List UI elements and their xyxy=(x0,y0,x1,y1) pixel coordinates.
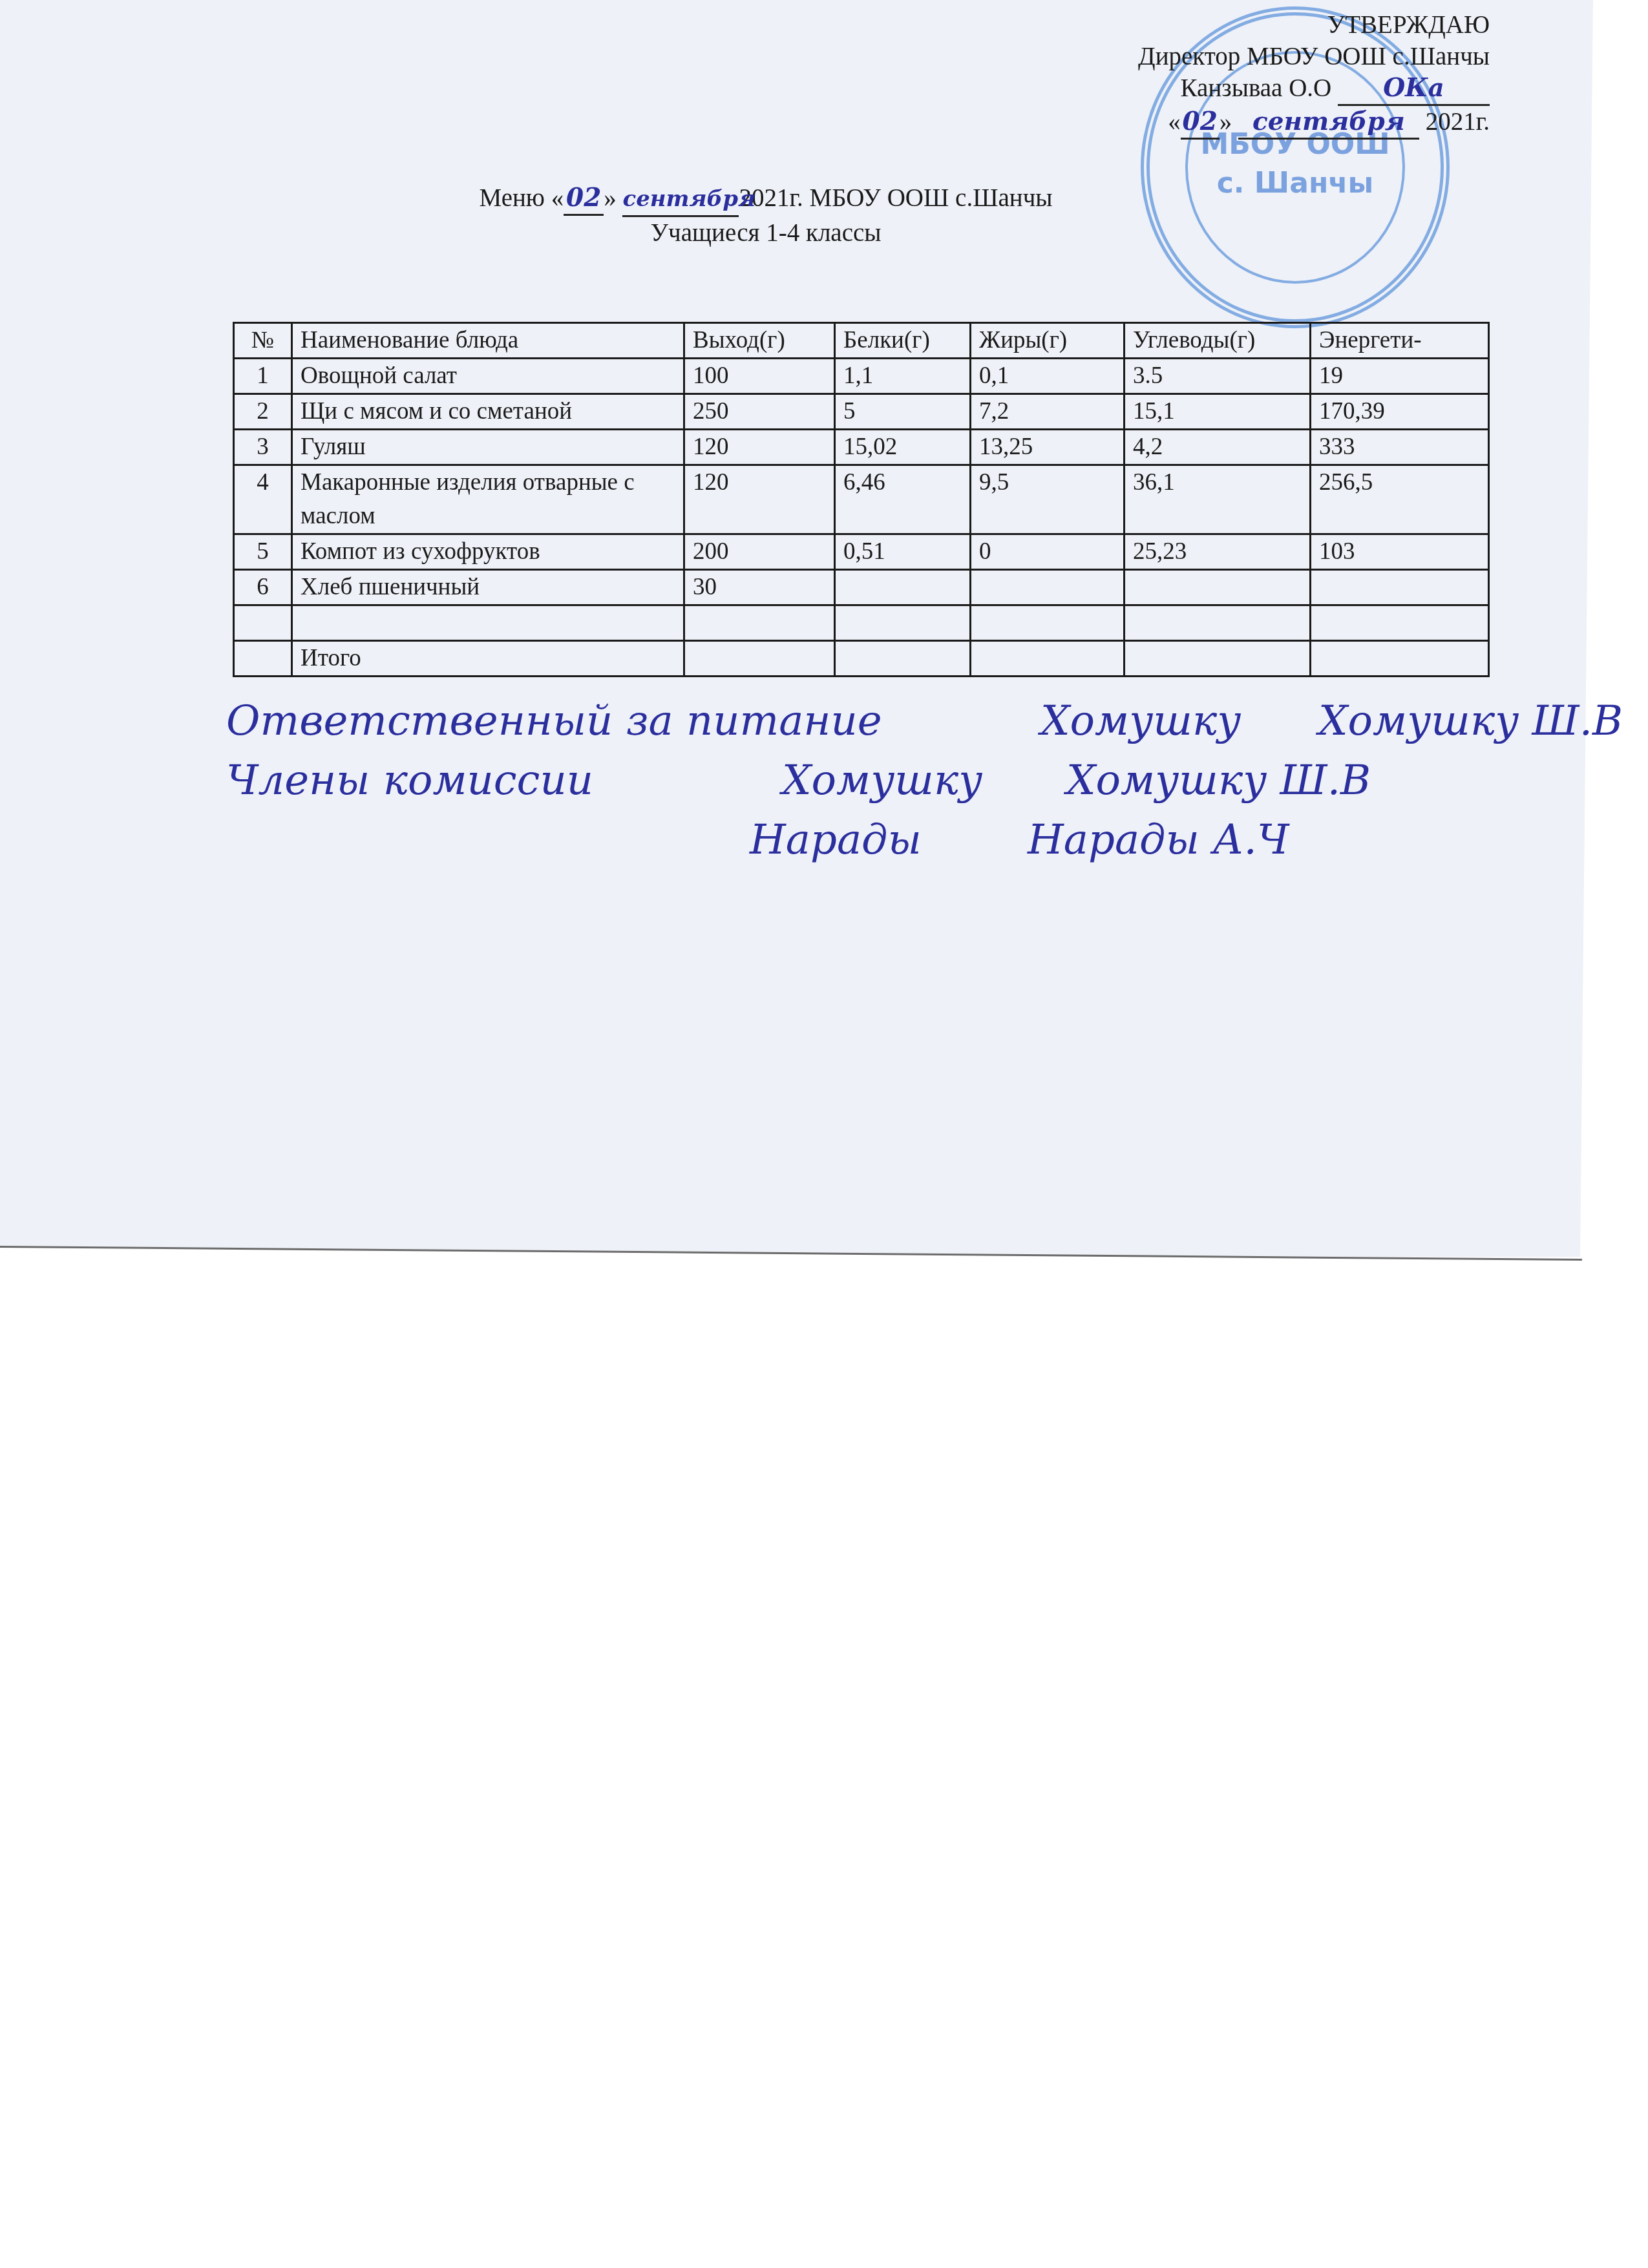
table-cell xyxy=(1125,605,1311,641)
table-cell: 0,1 xyxy=(971,359,1125,394)
document-title: Меню «02» сентября2021г. МБОУ ООШ с.Шанч… xyxy=(0,182,1648,249)
title-mid: » xyxy=(604,184,617,212)
director-signature: ОКа xyxy=(1338,72,1490,106)
commission-name-1: Хомушку Ш.В xyxy=(1066,751,1371,810)
table-row xyxy=(234,605,1489,641)
table-cell xyxy=(1125,641,1311,677)
approval-position: Директор МБОУ ООШ с.Шанчы xyxy=(1138,41,1490,72)
table-cell: 36,1 xyxy=(1125,465,1311,534)
table-cell: 4 xyxy=(234,465,292,534)
approval-date-month: сентября xyxy=(1238,106,1419,140)
table-cell xyxy=(971,641,1125,677)
table-cell xyxy=(684,641,835,677)
table-cell xyxy=(835,641,971,677)
table-header-cell: Углеводы(г) xyxy=(1125,323,1311,359)
approval-date-day: 02 xyxy=(1181,106,1220,140)
approval-name-line: Канзываа О.О ОКа xyxy=(1138,72,1490,106)
table-cell: 1,1 xyxy=(835,359,971,394)
table-cell: 103 xyxy=(1311,534,1489,570)
table-header-cell: Наименование блюда xyxy=(292,323,684,359)
commission-label: Члены комиссии xyxy=(226,751,593,810)
table-cell: 25,23 xyxy=(1125,534,1311,570)
table-row: 4Макаронные изделия отварные с маслом120… xyxy=(234,465,1489,534)
table-cell: Хлеб пшеничный xyxy=(292,570,684,605)
responsible-name: Хомушку Ш.В xyxy=(1318,691,1623,751)
signatures-block: Ответственный за питание Хомушку Хомушку… xyxy=(226,691,1583,870)
responsible-signature: Хомушку xyxy=(1041,691,1241,751)
table-cell: 3 xyxy=(234,430,292,465)
table-cell xyxy=(971,570,1125,605)
table-cell xyxy=(971,605,1125,641)
table-row: Итого xyxy=(234,641,1489,677)
approval-heading: УТВЕРЖДАЮ xyxy=(1138,9,1490,41)
title-prefix: Меню « xyxy=(479,184,564,212)
table-cell: 100 xyxy=(684,359,835,394)
table-cell xyxy=(835,570,971,605)
table-cell: 120 xyxy=(684,465,835,534)
table-cell: 333 xyxy=(1311,430,1489,465)
table-cell: 5 xyxy=(234,534,292,570)
table-cell xyxy=(234,641,292,677)
table-row: 5Компот из сухофруктов2000,51025,23103 xyxy=(234,534,1489,570)
table-cell: 6,46 xyxy=(835,465,971,534)
approval-name: Канзываа О.О xyxy=(1181,74,1332,102)
table-cell: Итого xyxy=(292,641,684,677)
approval-block: УТВЕРЖДАЮ Директор МБОУ ООШ с.Шанчы Канз… xyxy=(1138,9,1490,140)
quote-open: « xyxy=(1168,108,1181,136)
title-day: 02 xyxy=(564,182,604,216)
table-cell xyxy=(1125,570,1311,605)
table-cell xyxy=(1311,641,1489,677)
table-cell: 19 xyxy=(1311,359,1489,394)
table-cell: 2 xyxy=(234,394,292,430)
table-cell xyxy=(1311,570,1489,605)
table-cell: 3.5 xyxy=(1125,359,1311,394)
table-cell xyxy=(1311,605,1489,641)
table-cell: 30 xyxy=(684,570,835,605)
table-cell: 120 xyxy=(684,430,835,465)
commission-line: Члены комиссии Хомушку Хомушку Ш.В xyxy=(226,751,1583,810)
title-month: сентября xyxy=(622,184,739,217)
table-cell xyxy=(835,605,971,641)
table-cell: 15,1 xyxy=(1125,394,1311,430)
table-header-cell: № xyxy=(234,323,292,359)
table-cell: 1 xyxy=(234,359,292,394)
table-cell xyxy=(234,605,292,641)
table-cell xyxy=(292,605,684,641)
table-cell: Макаронные изделия отварные с маслом xyxy=(292,465,684,534)
approval-date-year: 2021г. xyxy=(1426,108,1490,136)
table-cell: Гуляш xyxy=(292,430,684,465)
table-cell: 9,5 xyxy=(971,465,1125,534)
table-cell: Щи с мясом и со сметаной xyxy=(292,394,684,430)
table-header-cell: Белки(г) xyxy=(835,323,971,359)
commission-signature-1: Хомушку xyxy=(782,751,982,810)
title-suffix: 2021г. МБОУ ООШ с.Шанчы xyxy=(739,184,1052,212)
table-cell: 4,2 xyxy=(1125,430,1311,465)
commission-signature-2: Нарады xyxy=(750,810,922,870)
approval-date: «02» сентября 2021г. xyxy=(1138,106,1490,140)
table-cell: Компот из сухофруктов xyxy=(292,534,684,570)
table-cell: 250 xyxy=(684,394,835,430)
table-cell: 7,2 xyxy=(971,394,1125,430)
table-header-cell: Энергети- xyxy=(1311,323,1489,359)
commission-line-2: Нарады Нарады А.Ч xyxy=(226,810,1583,870)
table-header-row: №Наименование блюдаВыход(г)Белки(г)Жиры(… xyxy=(234,323,1489,359)
table-cell: 6 xyxy=(234,570,292,605)
quote-close: » xyxy=(1220,108,1232,136)
menu-table: №Наименование блюдаВыход(г)Белки(г)Жиры(… xyxy=(233,322,1490,677)
responsible-line: Ответственный за питание Хомушку Хомушку… xyxy=(226,691,1583,751)
table-row: 1Овощной салат1001,10,13.519 xyxy=(234,359,1489,394)
table-row: 6Хлеб пшеничный30 xyxy=(234,570,1489,605)
table-header-cell: Выход(г) xyxy=(684,323,835,359)
table-cell: 256,5 xyxy=(1311,465,1489,534)
document-subtitle: Учащиеся 1-4 классы xyxy=(0,217,1590,249)
table-row: 3Гуляш12015,0213,254,2333 xyxy=(234,430,1489,465)
table-cell: 0 xyxy=(971,534,1125,570)
table-cell: 170,39 xyxy=(1311,394,1489,430)
table-cell: 13,25 xyxy=(971,430,1125,465)
responsible-label: Ответственный за питание xyxy=(226,691,882,751)
table-cell xyxy=(684,605,835,641)
table-header-cell: Жиры(г) xyxy=(971,323,1125,359)
title-line: Меню «02» сентября2021г. МБОУ ООШ с.Шанч… xyxy=(0,182,1590,217)
table-cell: 200 xyxy=(684,534,835,570)
table-row: 2Щи с мясом и со сметаной25057,215,1170,… xyxy=(234,394,1489,430)
table-cell: 0,51 xyxy=(835,534,971,570)
commission-name-2: Нарады А.Ч xyxy=(1028,810,1289,870)
table-cell: 5 xyxy=(835,394,971,430)
table-cell: Овощной салат xyxy=(292,359,684,394)
table-cell: 15,02 xyxy=(835,430,971,465)
